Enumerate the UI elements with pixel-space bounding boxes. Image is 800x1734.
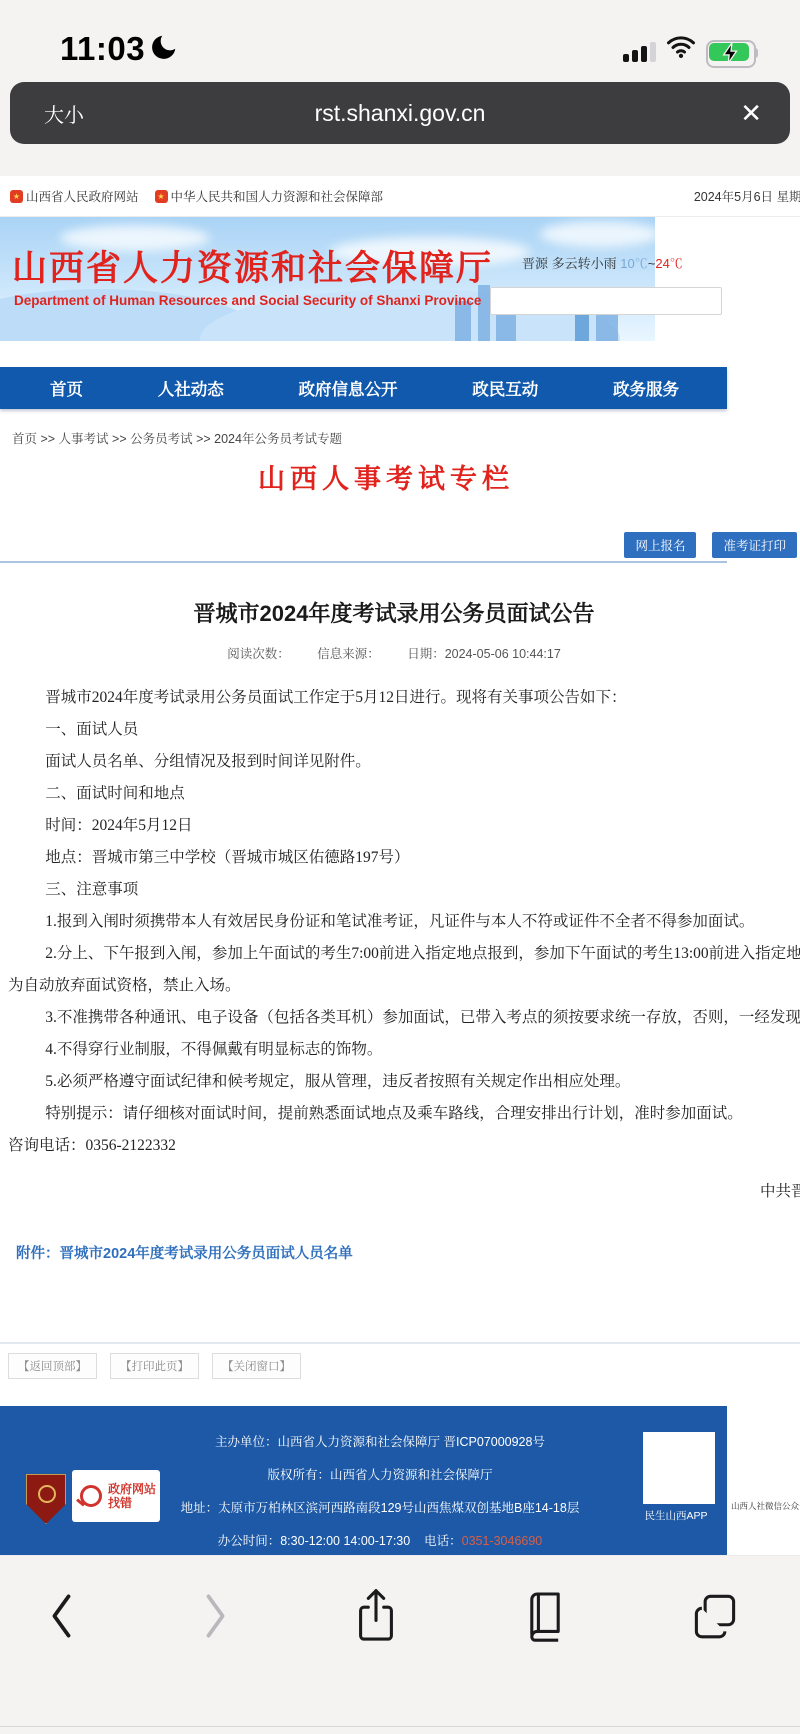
back-to-top-button[interactable]: 【返回顶部】 <box>8 1353 97 1379</box>
back-button[interactable] <box>48 1592 76 1640</box>
article-meta: 阅读次数： 信息来源： 日期：2024-05-06 10:44:17 <box>8 644 780 662</box>
battery-icon <box>706 40 760 66</box>
article-paragraph: 5.必须严格遵守面试纪律和候考规定，服从管理，违反者按照有关规定作出相应处理。 <box>8 1066 800 1098</box>
qr-code-wechat <box>736 1428 800 1494</box>
nav-item-news[interactable]: 人社动态 <box>158 376 224 400</box>
status-area: 11:03 大小 rst. <box>0 0 800 176</box>
article-signature: 中共晋城市委组织部 <box>760 1176 800 1208</box>
qr-code-minsheng-app <box>643 1432 715 1504</box>
banner-row: 山西省人力资源和社会保障厅 Department of Human Resour… <box>0 217 800 341</box>
print-admission-ticket-button[interactable]: 准考证打印 <box>712 532 797 558</box>
wifi-icon <box>666 35 696 64</box>
attachment-label: 附件： <box>16 1246 60 1262</box>
forward-button[interactable] <box>201 1592 229 1640</box>
footer-phone: 0351-3046690 <box>462 1534 543 1548</box>
column-title: 山西人事考试专栏 <box>0 451 772 496</box>
clock: 11:03 <box>60 30 145 68</box>
status-bar: 11:03 <box>0 0 800 68</box>
qr1-label: 民生山西APP <box>641 1508 711 1523</box>
cloud-decoration <box>540 221 655 247</box>
attachment-row: 附件：晋城市2024年度考试录用公务员面试人员名单 <box>8 1238 800 1270</box>
publish-date: 日期：2024-05-06 10:44:17 <box>407 647 561 661</box>
article-paragraph: 地点：晋城市第三中学校（晋城市城区佑德路197号） <box>8 842 800 874</box>
article-paragraph: 二、面试时间和地点 <box>8 778 800 810</box>
article-paragraph: 晋城市2024年度考试录用公务员面试工作定于5月12日进行。现将有关事项公告如下… <box>8 682 800 714</box>
weather-condition: 多云转小雨 <box>552 256 617 271</box>
share-button[interactable] <box>354 1588 398 1644</box>
weather-low: 10℃ <box>620 256 647 271</box>
online-registration-button[interactable]: 网上报名 <box>624 532 696 558</box>
article-paragraph: 4.不得穿行业制服，不得佩戴有明显标志的饰物。 <box>8 1034 800 1066</box>
emblem-icon: ★ <box>155 190 168 203</box>
address-text[interactable]: rst.shanxi.gov.cn <box>315 100 486 127</box>
main-nav: 首页 人社动态 政府信息公开 政民互动 政务服务 <box>0 367 727 409</box>
article-paragraph-phone: 咨询电话：0356-2122332 <box>8 1130 800 1162</box>
bookmarks-button[interactable] <box>523 1590 567 1642</box>
article-paragraph: 3.不准携带各种通讯、电子设备（包括各类耳机）参加面试，已带入考点的须按要求统一… <box>8 1002 800 1034</box>
article-paragraph: 面试人员名单、分组情况及报到时间详见附件。 <box>8 746 800 778</box>
phone-screen: 11:03 大小 rst. <box>0 0 800 1734</box>
site-title: 山西省人力资源和社会保障厅 <box>12 241 493 291</box>
gov-link-mohrss[interactable]: ★ 中华人民共和国人力资源和社会保障部 <box>155 187 384 205</box>
breadcrumb[interactable]: 首页 >> 人事考试 >> 公务员考试 >> 2024年公务员考试专题 <box>0 409 800 451</box>
article-paragraph: 三、注意事项 <box>8 874 800 906</box>
tabs-button[interactable] <box>692 1591 738 1641</box>
site-subtitle-en: Department of Human Resources and Social… <box>14 293 481 308</box>
close-window-button[interactable]: 【关闭窗口】 <box>212 1353 301 1379</box>
page-actions: 【返回顶部】 【打印此页】 【关闭窗口】 <box>0 1342 800 1389</box>
attachment-link[interactable]: 晋城市2024年度考试录用公务员面试人员名单 <box>60 1246 353 1262</box>
article-paragraph: 时间：2024年5月12日 <box>8 810 800 842</box>
cellular-signal-icon <box>623 40 656 64</box>
url-bar[interactable]: 大小 rst.shanxi.gov.cn ✕ <box>10 82 790 144</box>
date-text: 2024年5月6日 星期一 <box>694 187 800 205</box>
footer-copyright: 版权所有：山西省人力资源和社会保障厅 <box>140 1459 620 1492</box>
supervision-shield-icon[interactable] <box>26 1474 66 1524</box>
nav-item-interaction[interactable]: 政民互动 <box>472 376 538 400</box>
footer-hours-tel: 办公时间：8:30-12:00 14:00-17:30 电话：0351-3046… <box>140 1525 620 1558</box>
footer-address: 地址：太原市万柏林区滨河西路南段129号山西焦煤双创基地B座14-18层 <box>140 1492 620 1525</box>
search-input[interactable] <box>490 287 722 315</box>
source-label: 信息来源： <box>317 647 380 661</box>
weather-widget: 晋源 多云转小雨 10℃~24℃ <box>522 253 683 272</box>
weather-location: 晋源 <box>522 256 548 271</box>
views-label: 阅读次数： <box>227 647 290 661</box>
nav-item-home[interactable]: 首页 <box>50 376 83 400</box>
building-decoration <box>596 311 618 341</box>
text-size-button[interactable]: 大小 <box>44 99 84 128</box>
article-paragraph: 一、面试人员 <box>8 714 800 746</box>
emblem-icon: ★ <box>10 190 23 203</box>
browser-toolbar <box>0 1555 800 1734</box>
qr2-label: 山西人社微信公众号 <box>731 1500 800 1512</box>
article-paragraph: 1.报到入闱时须携带本人有效居民身份证和笔试准考证，凡证件与本人不符或证件不全者… <box>8 906 800 938</box>
nav-item-services[interactable]: 政务服务 <box>613 376 679 400</box>
print-page-button[interactable]: 【打印此页】 <box>110 1353 199 1379</box>
magnifier-icon <box>80 1485 102 1507</box>
article-title: 晋城市2024年度考试录用公务员面试公告 <box>8 597 780 628</box>
nav-item-info-disclosure[interactable]: 政府信息公开 <box>299 376 398 400</box>
weather-high: 24℃ <box>655 256 682 271</box>
moon-icon <box>149 32 179 67</box>
gov-link-shanxi[interactable]: ★ 山西省人民政府网站 <box>10 187 139 205</box>
footer-host: 主办单位：山西省人力资源和社会保障厅 晋ICP07000928号 <box>140 1426 620 1459</box>
article-paragraph: 2.分上、下午报到入闱，参加上午面试的考生7:00前进入指定地点报到，参加下午面… <box>8 938 800 1002</box>
gov-topbar: ★ 山西省人民政府网站 ★ 中华人民共和国人力资源和社会保障部 2024年5月6… <box>0 176 800 217</box>
column-header: 山西人事考试专栏 网上报名 准考证打印 <box>0 451 800 563</box>
article-paragraph: 特别提示：请仔细核对面试时间，提前熟悉面试地点及乘车路线，合理安排出行计划，准时… <box>8 1098 800 1130</box>
site-banner: 山西省人力资源和社会保障厅 Department of Human Resour… <box>0 217 655 341</box>
article: 晋城市2024年度考试录用公务员面试公告 阅读次数： 信息来源： 日期：2024… <box>0 597 800 1342</box>
close-icon[interactable]: ✕ <box>740 98 762 129</box>
